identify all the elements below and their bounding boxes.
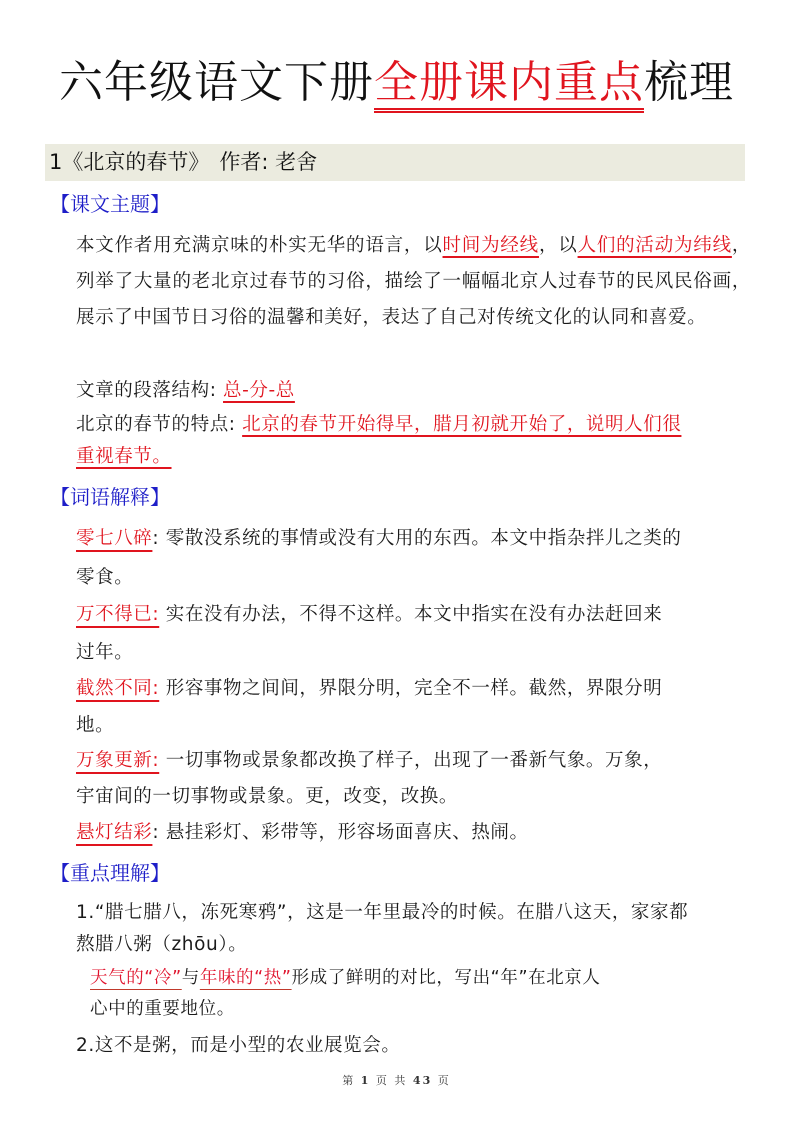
feature-value-2: 重视春节。 [76, 446, 172, 467]
page-title: 六年级语文下册全册课内重点梳理 [0, 52, 793, 114]
page-footer: 第 1 页 共 43 页 [0, 1072, 793, 1088]
theme-paragraph: 本文作者用充满京味的朴实无华的语言，以时间为经线，以人们的活动为纬线，列举了大量… [76, 228, 751, 336]
key-point-1-note: 天气的“冷”与年味的“热”形成了鲜明的对比，写出“年”在北京人 [90, 963, 601, 993]
vocab-term: 截然不同: [76, 678, 159, 699]
vocab-def: 形容事物之间间，界限分明，完全不一样。截然，界限分明 [166, 678, 663, 699]
theme-text-2: ，以 [539, 235, 578, 256]
author-name: 老舍 [275, 150, 317, 174]
title-prefix: 六年级语文下册 [59, 57, 374, 108]
footer-prefix: 第 [342, 1074, 355, 1087]
note-highlight-hot: 年味的“热” [200, 968, 292, 988]
vocab-item: 零七八碎: 零散没系统的事情或没有大用的东西。本文中指杂拌儿之类的 [76, 524, 681, 554]
vocab-item: 万象更新: 一切事物或景象都改换了样子，出现了一番新气象。万象， [76, 746, 662, 776]
lesson-header: 1《北京的春节》作者: 老舍 [45, 144, 745, 181]
structure-label: 文章的段落结构: [76, 380, 217, 401]
vocab-item-cont: 零食。 [76, 563, 133, 593]
lesson-number: 1 [49, 150, 62, 174]
vocab-sep: : [152, 528, 159, 549]
key-point-1-line-2: 熬腊八粥（zhōu）。 [76, 930, 247, 960]
theme-text-1: 本文作者用充满京味的朴实无华的语言，以 [76, 235, 443, 256]
note-mid: 与 [182, 968, 200, 988]
vocab-item: 截然不同: 形容事物之间间，界限分明，完全不一样。截然，界限分明 [76, 674, 662, 704]
vocab-term: 悬灯结彩 [76, 822, 152, 843]
theme-highlight-activities: 人们的活动为纬线 [578, 235, 732, 256]
key-point-1-note-line-2: 心中的重要地位。 [90, 994, 235, 1024]
section-heading-key-points: 【重点理解】 [50, 858, 170, 888]
vocab-term: 零七八碎 [76, 528, 152, 549]
vocab-def: 零散没系统的事情或没有大用的东西。本文中指杂拌儿之类的 [166, 528, 682, 549]
feature-line-1: 北京的春节的特点: 北京的春节开始得早，腊月初就开始了，说明人们很 [76, 410, 681, 440]
structure-value: 总-分-总 [223, 380, 295, 401]
feature-label: 北京的春节的特点: [76, 414, 236, 435]
title-highlight: 全册课内重点 [374, 57, 644, 113]
vocab-def: 悬挂彩灯、彩带等，形容场面喜庆、热闹。 [166, 822, 529, 843]
vocab-def: 一切事物或景象都改换了样子，出现了一番新气象。万象， [166, 750, 663, 771]
vocab-item-cont: 过年。 [76, 638, 133, 668]
vocab-item-cont: 宇宙间的一切事物或景象。更，改变，改换。 [76, 782, 458, 812]
vocab-term: 万不得已: [76, 604, 159, 625]
footer-suffix: 页 [438, 1074, 451, 1087]
title-suffix: 梳理 [644, 57, 734, 108]
footer-page-total: 43 [413, 1074, 432, 1087]
key-point-2: 2.这不是粥，而是小型的农业展览会。 [76, 1031, 400, 1061]
vocab-term: 万象更新: [76, 750, 159, 771]
lesson-name: 《北京的春节》 [62, 150, 209, 174]
key-point-1-line-1: 1.“腊七腊八，冻死寒鸦”，这是一年里最冷的时候。在腊八这天，家家都 [76, 898, 688, 928]
structure-line: 文章的段落结构: 总-分-总 [76, 376, 295, 406]
vocab-def: 实在没有办法，不得不这样。本文中指实在没有办法赶回来 [166, 604, 663, 625]
note-highlight-cold: 天气的“冷” [90, 968, 182, 988]
note-rest: 形成了鲜明的对比，写出“年”在北京人 [292, 968, 601, 988]
feature-value-1: 北京的春节开始得早，腊月初就开始了，说明人们很 [242, 414, 681, 435]
vocab-item: 万不得已: 实在没有办法，不得不这样。本文中指实在没有办法赶回来 [76, 600, 662, 630]
theme-highlight-timeline: 时间为经线 [443, 235, 539, 256]
vocab-item-cont: 地。 [76, 711, 114, 741]
vocab-item: 悬灯结彩: 悬挂彩灯、彩带等，形容场面喜庆、热闹。 [76, 818, 529, 848]
author-label: 作者: [219, 150, 268, 174]
footer-mid: 页 共 [376, 1074, 408, 1087]
section-heading-theme: 【课文主题】 [50, 189, 170, 219]
vocab-sep: : [152, 822, 159, 843]
section-heading-vocab: 【词语解释】 [50, 482, 170, 512]
footer-page-number: 1 [361, 1074, 371, 1087]
feature-line-2: 重视春节。 [76, 442, 172, 472]
